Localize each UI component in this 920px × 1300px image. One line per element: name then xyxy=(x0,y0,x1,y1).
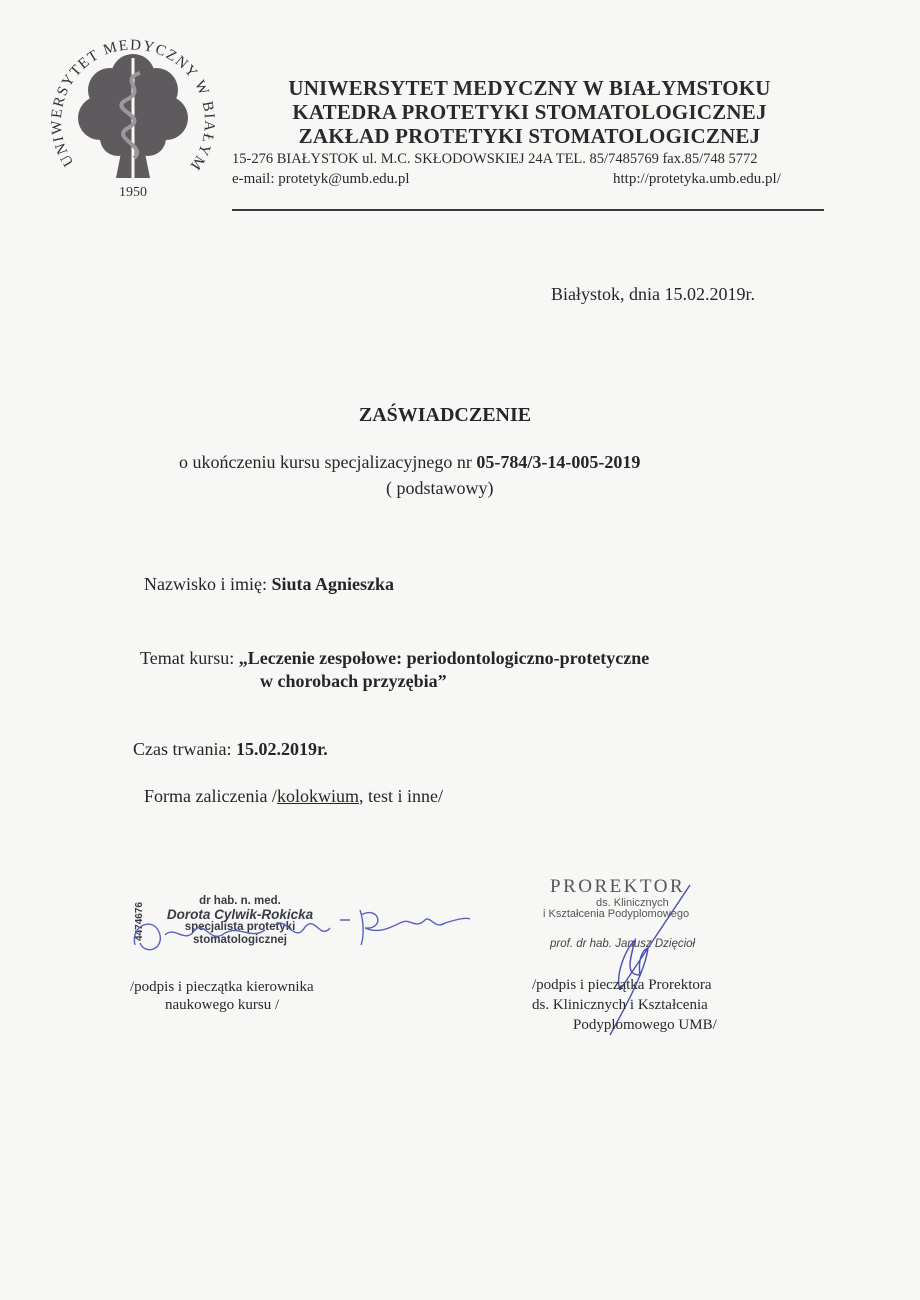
header-address: 15-276 BIAŁYSTOK ul. M.C. SKŁODOWSKIEJ 2… xyxy=(232,151,757,168)
header-website: http://protetyka.umb.edu.pl/ xyxy=(613,171,781,188)
prorector-caption-2: ds. Klinicznych i Kształcenia xyxy=(532,997,708,1014)
university-logo: UNIWERSYTET MEDYCZNY W BIAŁYMSTOKU 1950 xyxy=(38,18,228,208)
prorector-caption-1: /podpis i pieczątka Prorektora xyxy=(532,977,712,994)
logo-year: 1950 xyxy=(119,185,147,200)
topic-line-1: „Leczenie zespołowe: periodontologiczno-… xyxy=(239,648,650,668)
course-variant: ( podstawowy) xyxy=(386,478,493,499)
course-leader-caption-1: /podpis i pieczątka kierownika xyxy=(130,977,314,997)
course-leader-caption-2: naukowego kursu / xyxy=(165,997,279,1014)
duration-field: Czas trwania: 15.02.2019r. xyxy=(133,739,328,760)
name-value: Siuta Agnieszka xyxy=(271,574,394,594)
assessment-form-field: Forma zaliczenia /kolokwium, test i inne… xyxy=(144,786,443,807)
topic-label: Temat kursu: xyxy=(140,648,239,668)
form-other-options: , test i inne/ xyxy=(359,786,443,806)
topic-line-2: w chorobach przyzębia” xyxy=(260,671,447,692)
duration-label: Czas trwania: xyxy=(133,739,236,759)
header-divider xyxy=(232,209,824,211)
header-email: e-mail: protetyk@umb.edu.pl xyxy=(232,171,410,188)
document-date: Białystok, dnia 15.02.2019r. xyxy=(551,284,755,305)
name-label: Nazwisko i imię: xyxy=(144,574,271,594)
form-selected-option: kolokwium xyxy=(277,786,359,806)
course-topic-field: Temat kursu: „Leczenie zespołowe: period… xyxy=(140,648,649,669)
document-title: ZAŚWIADCZENIE xyxy=(0,404,890,427)
header-unit: ZAKŁAD PROTETYKI STOMATOLOGICZNEJ xyxy=(232,124,827,149)
course-number: 05-784/3-14-005-2019 xyxy=(476,452,640,472)
prorector-signature xyxy=(580,880,700,1040)
header-department: KATEDRA PROTETYKI STOMATOLOGICZNEJ xyxy=(232,100,827,125)
certificate-subtitle: o ukończeniu kursu specjalizacyjnego nr … xyxy=(179,452,640,473)
subtitle-text: o ukończeniu kursu specjalizacyjnego nr xyxy=(179,452,476,472)
form-label: Forma zaliczenia / xyxy=(144,786,277,806)
duration-value: 15.02.2019r. xyxy=(236,739,328,759)
header-university: UNIWERSYTET MEDYCZNY W BIAŁYMSTOKU xyxy=(232,76,827,101)
course-leader-signature xyxy=(125,895,475,965)
prorector-caption-3: Podyplomowego UMB/ xyxy=(573,1017,717,1034)
participant-name-field: Nazwisko i imię: Siuta Agnieszka xyxy=(144,574,394,595)
